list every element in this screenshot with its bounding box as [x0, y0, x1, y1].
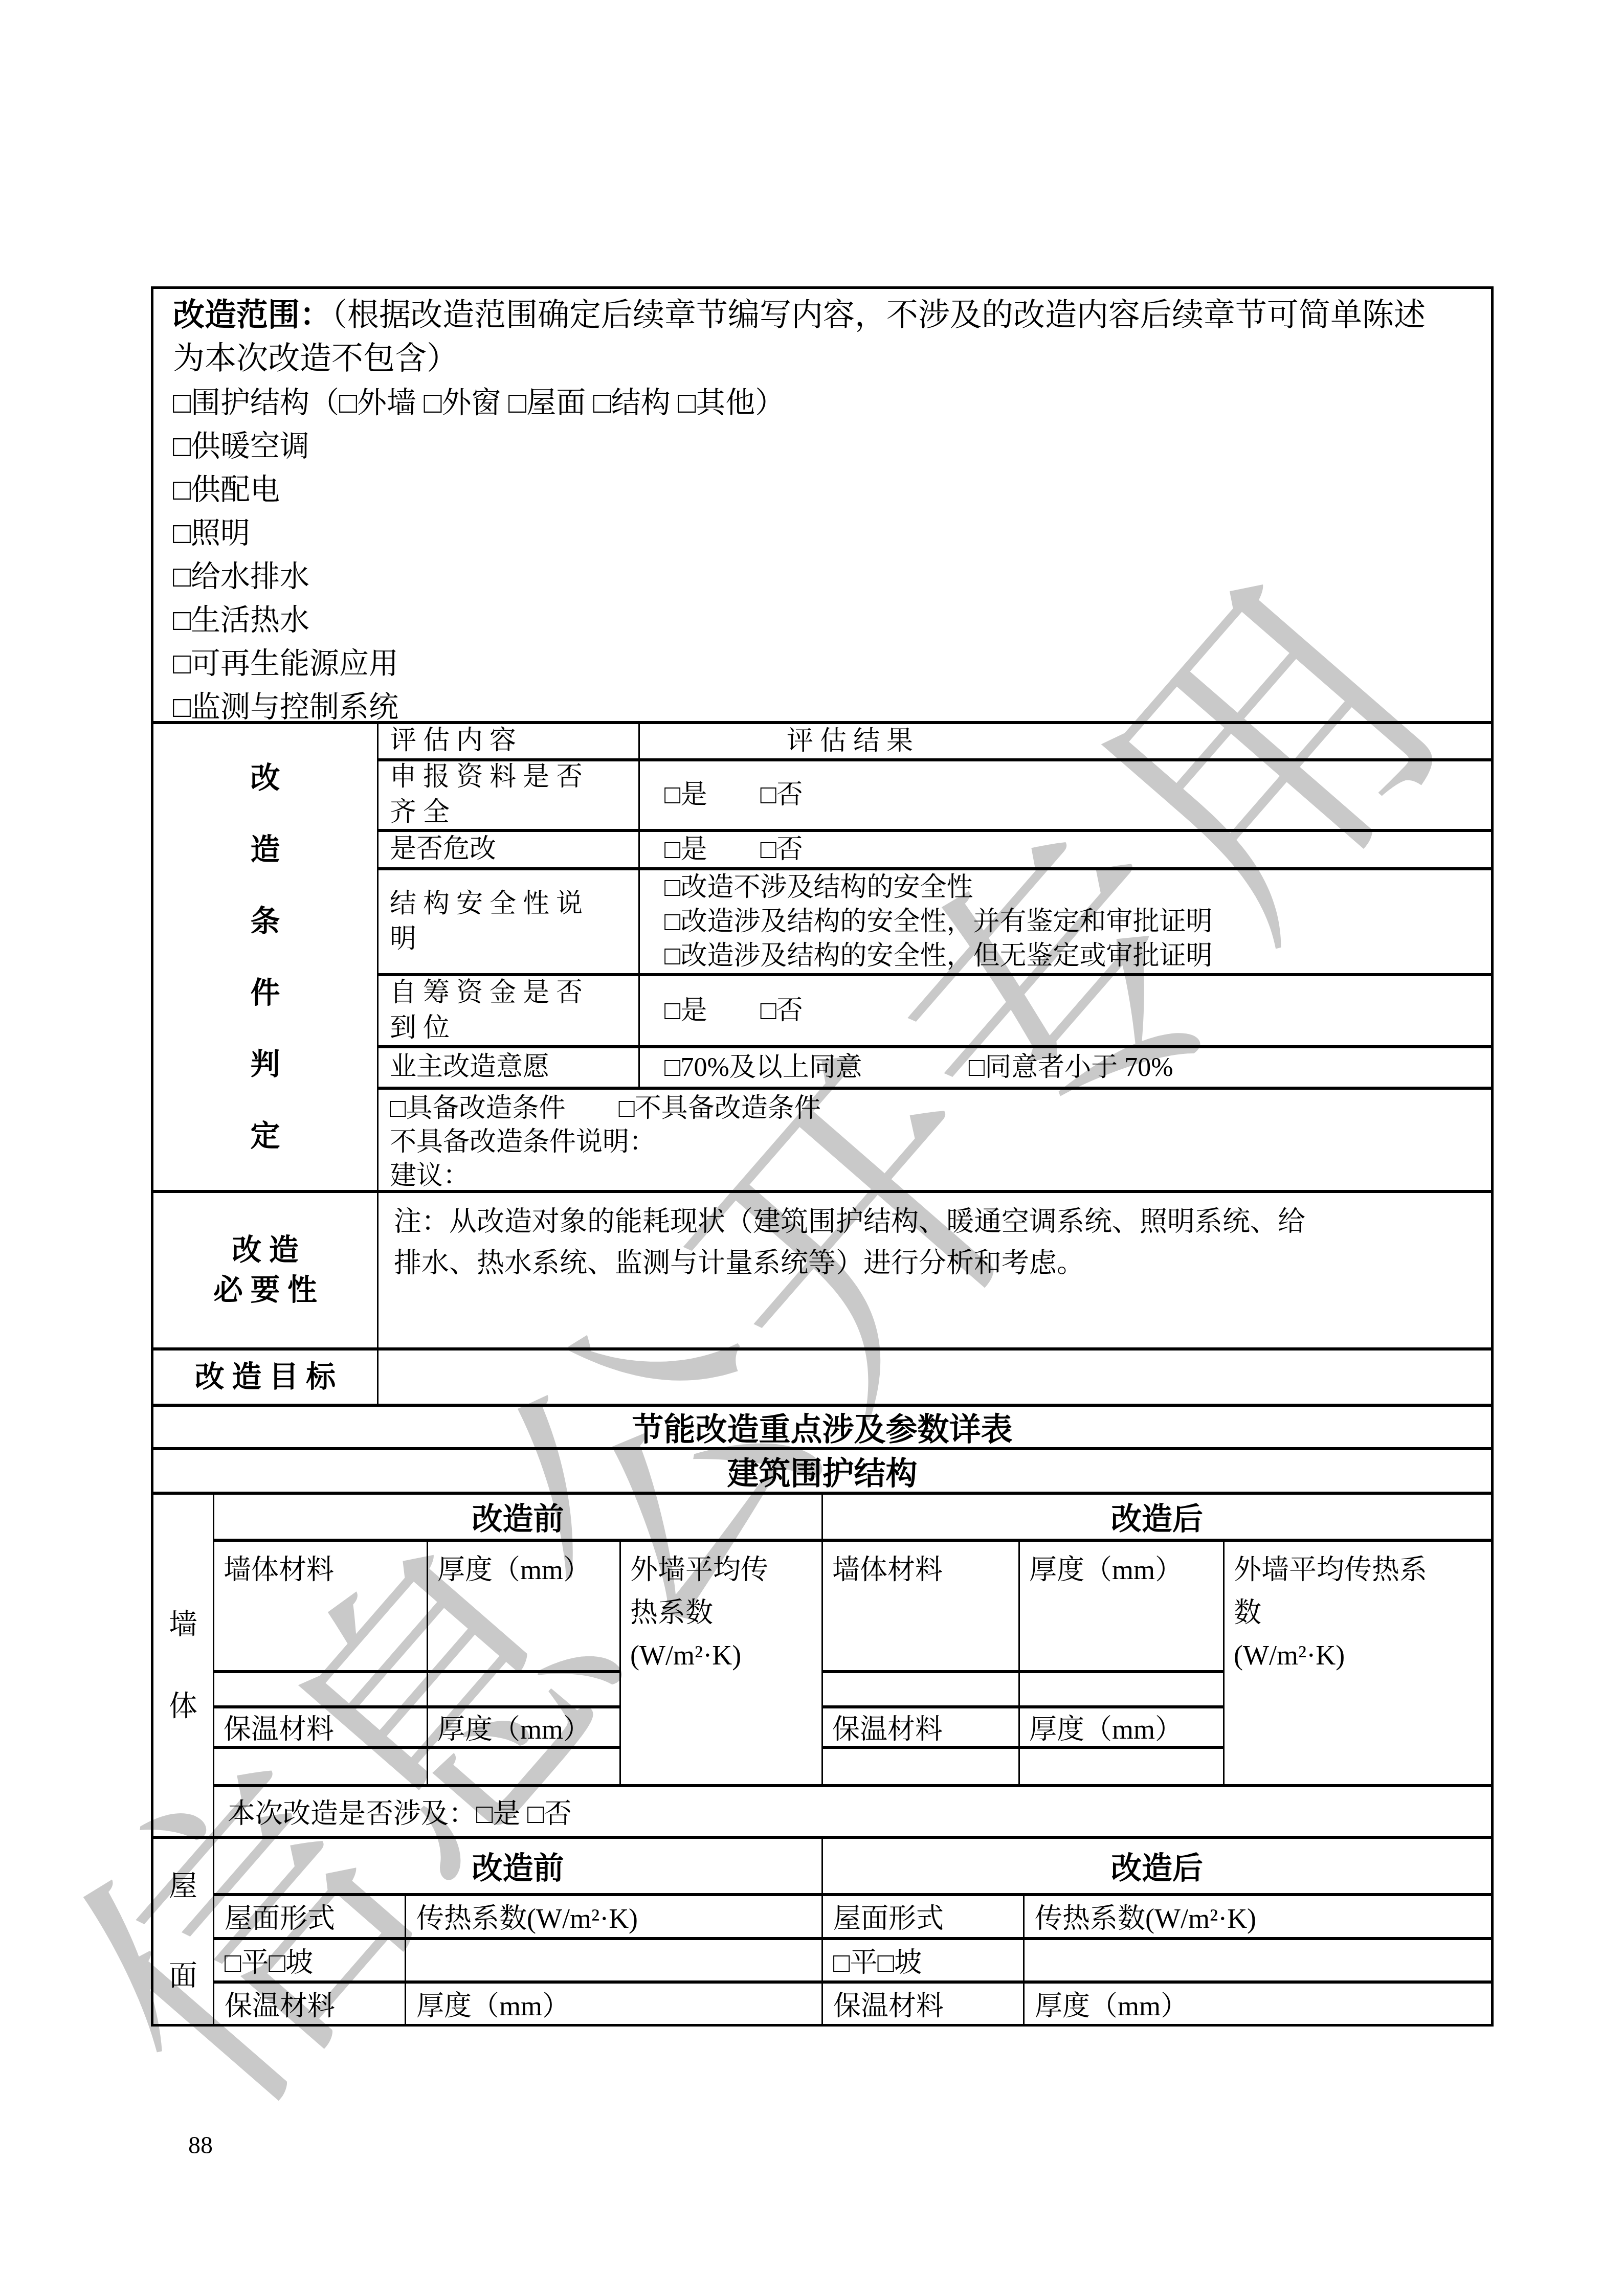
- roof-header-row: 改造前 改造后: [214, 1839, 1491, 1893]
- empty-cell: [823, 1670, 1018, 1705]
- funds-result: □是 □否: [638, 976, 1491, 1045]
- necessity-row: 改 造 必 要 性 注：从改造对象的能耗现状（建筑围护结构、暖通空调系统、照明系…: [153, 1190, 1491, 1347]
- scope-heading: 改造范围：: [173, 298, 331, 333]
- empty-cell: [214, 1670, 427, 1705]
- row-structure: 结 构 安 全 性 说 明 □改造不涉及结构的安全性 □改造涉及结构的安全性，并…: [379, 867, 1491, 973]
- wall-thickness-before: 厚度（mm）: [428, 1542, 619, 1670]
- roof-block: 屋 面 改造前 改造后 屋面形式 传热系数(W/m²·K) 屋面形式 传热系数(…: [153, 1836, 1491, 2024]
- danger-label: 是否危改: [379, 832, 638, 867]
- roof-side-label: 屋 面: [153, 1839, 214, 2024]
- row-willingness: 业主改造意愿 □70%及以上同意 □同意者小于 70%: [379, 1045, 1491, 1087]
- empty-cell: [214, 1746, 427, 1784]
- row-danger: 是否危改 □是 □否: [379, 829, 1491, 867]
- materials-label: 申 报 资 料 是 否 齐 全: [379, 761, 638, 829]
- wall-k-after: 外墙平均传热系 数 (W/m²·K): [1225, 1542, 1491, 1784]
- roof-flatslope-before: □平□坡: [214, 1940, 405, 1981]
- goal-value: [379, 1350, 1491, 1404]
- document-page: 信息公开专用 改造范围：（根据改造范围确定后续章节编写内容，不涉及的改造内容后续…: [0, 0, 1624, 2296]
- empty-cell: [428, 1670, 619, 1705]
- scope-item-water: □给水排水: [173, 555, 1472, 598]
- row-materials: 申 报 资 料 是 否 齐 全 □是 □否: [379, 758, 1491, 829]
- roof-insulation-before: 保温材料: [214, 1984, 405, 2024]
- roof-after-header: 改造后: [821, 1839, 1491, 1893]
- roof-k-after: 传热系数(W/m²·K): [1023, 1896, 1491, 1937]
- form-table: 改造范围：（根据改造范围确定后续章节编写内容，不涉及的改造内容后续章节可简单陈述…: [151, 286, 1494, 2027]
- assessment-block: 改 造 条 件 判 定 评 估 内 容 评 估 结 果 申 报 资 料 是 否 …: [153, 721, 1491, 1190]
- wall-col-material-after: 墙体材料 保温材料: [821, 1542, 1018, 1784]
- scope-item-lighting: □照明: [173, 511, 1472, 555]
- structure-label: 结 构 安 全 性 说 明: [379, 870, 638, 973]
- scope-intro: （根据改造范围确定后续章节编写内容，不涉及的改造内容后续章节可简单陈述 为本次改…: [173, 298, 1426, 376]
- scope-item-renewable: □可再生能源应用: [173, 642, 1472, 685]
- empty-cell: [428, 1746, 619, 1784]
- goal-row: 改 造 目 标: [153, 1347, 1491, 1404]
- assessment-rows: 评 估 内 容 评 估 结 果 申 报 资 料 是 否 齐 全 □是 □否 是否…: [379, 724, 1491, 1190]
- roof-before-header: 改造前: [214, 1839, 821, 1893]
- assessment-side-label: 改 造 条 件 判 定: [153, 724, 379, 1190]
- scope-item-hvac: □供暖空调: [173, 424, 1472, 468]
- empty-cell: [823, 1746, 1018, 1784]
- roof-insulation-after: 保温材料: [821, 1984, 1023, 2024]
- wall-side-label: 墙 体: [153, 1495, 214, 1836]
- empty-cell: [1020, 1746, 1223, 1784]
- wall-before-header: 改造前: [214, 1495, 821, 1539]
- wall-col-thickness-after: 厚度（mm） 厚度（mm）: [1018, 1542, 1223, 1784]
- assessment-header-row: 评 估 内 容 评 估 结 果: [379, 724, 1491, 758]
- willingness-result: □70%及以上同意 □同意者小于 70%: [638, 1048, 1491, 1087]
- roof-k-before: 传热系数(W/m²·K): [405, 1896, 821, 1937]
- roof-thickness-after: 厚度（mm）: [1023, 1984, 1491, 2024]
- wall-involve-row: 本次改造是否涉及：□是 □否: [214, 1784, 1491, 1836]
- assessment-conclusion: □具备改造条件 □不具备改造条件 不具备改造条件说明： 建议：: [379, 1087, 1491, 1192]
- wall-col-k-before: 外墙平均传 热系数 (W/m²·K): [619, 1542, 821, 1784]
- wall-thickness-after: 厚度（mm）: [1020, 1542, 1223, 1670]
- wall-content: 改造前 改造后 墙体材料 保温材料 厚度（mm） 厚度（mm）: [214, 1495, 1491, 1836]
- wall-col-thickness-before: 厚度（mm） 厚度（mm）: [427, 1542, 619, 1784]
- empty-cell: [405, 1940, 821, 1981]
- section-title-params: 节能改造重点涉及参数详表: [153, 1404, 1491, 1447]
- wall-k-before: 外墙平均传 热系数 (W/m²·K): [621, 1542, 821, 1784]
- scope-item-power: □供配电: [173, 468, 1472, 511]
- necessity-note: 注：从改造对象的能耗现状（建筑围护结构、暖通空调系统、照明系统、给 排水、热水系…: [379, 1193, 1491, 1347]
- wall-col-material-before: 墙体材料 保温材料: [214, 1542, 427, 1784]
- scope-block: 改造范围：（根据改造范围确定后续章节编写内容，不涉及的改造内容后续章节可简单陈述…: [153, 289, 1491, 721]
- roof-flatslope-after: □平□坡: [821, 1940, 1023, 1981]
- danger-result: □是 □否: [638, 832, 1491, 867]
- page-number: 88: [188, 2131, 213, 2159]
- roof-content: 改造前 改造后 屋面形式 传热系数(W/m²·K) 屋面形式 传热系数(W/m²…: [214, 1839, 1491, 2024]
- roof-insulation-row: 保温材料 厚度（mm） 保温材料 厚度（mm）: [214, 1980, 1491, 2024]
- materials-result: □是 □否: [638, 761, 1491, 829]
- funds-label: 自 筹 资 金 是 否 到 位: [379, 976, 638, 1045]
- wall-material-before: 墙体材料: [214, 1542, 427, 1670]
- goal-label: 改 造 目 标: [153, 1350, 379, 1404]
- row-funds: 自 筹 资 金 是 否 到 位 □是 □否: [379, 973, 1491, 1045]
- header-result: 评 估 结 果: [638, 724, 1491, 758]
- roof-form-after: 屋面形式: [821, 1896, 1023, 1937]
- empty-cell: [1023, 1940, 1491, 1981]
- roof-thickness-before: 厚度（mm）: [405, 1984, 821, 2024]
- structure-result: □改造不涉及结构的安全性 □改造涉及结构的安全性，并有鉴定和审批证明 □改造涉及…: [638, 870, 1491, 973]
- roof-form-row: 屋面形式 传热系数(W/m²·K) 屋面形式 传热系数(W/m²·K): [214, 1893, 1491, 1937]
- wall-insulation-after: 保温材料: [823, 1705, 1018, 1746]
- section-title-envelope: 建筑围护结构: [153, 1447, 1491, 1492]
- wall-grid: 墙体材料 保温材料 厚度（mm） 厚度（mm） 外墙平均传 热系数 (W/m²·…: [214, 1539, 1491, 1784]
- wall-insulation-thickness-after: 厚度（mm）: [1020, 1705, 1223, 1746]
- wall-material-after: 墙体材料: [823, 1542, 1018, 1670]
- scope-item-hotwater: □生活热水: [173, 598, 1472, 642]
- wall-insulation-thickness-before: 厚度（mm）: [428, 1705, 619, 1746]
- header-content: 评 估 内 容: [379, 724, 638, 758]
- roof-form-before: 屋面形式: [214, 1896, 405, 1937]
- wall-block: 墙 体 改造前 改造后 墙体材料 保温材料 厚度（mm）: [153, 1492, 1491, 1836]
- wall-col-k-after: 外墙平均传热系 数 (W/m²·K): [1223, 1542, 1491, 1784]
- empty-cell: [1020, 1670, 1223, 1705]
- roof-flatslope-row: □平□坡 □平□坡: [214, 1937, 1491, 1981]
- scope-item-envelope: □围护结构（□外墙 □外窗 □屋面 □结构 □其他）: [173, 381, 1472, 424]
- scope-paragraph: 改造范围：（根据改造范围确定后续章节编写内容，不涉及的改造内容后续章节可简单陈述…: [173, 294, 1472, 381]
- necessity-label: 改 造 必 要 性: [153, 1193, 379, 1347]
- wall-insulation-before: 保温材料: [214, 1705, 427, 1746]
- wall-header-row: 改造前 改造后: [214, 1495, 1491, 1539]
- wall-after-header: 改造后: [821, 1495, 1491, 1539]
- willingness-label: 业主改造意愿: [379, 1048, 638, 1087]
